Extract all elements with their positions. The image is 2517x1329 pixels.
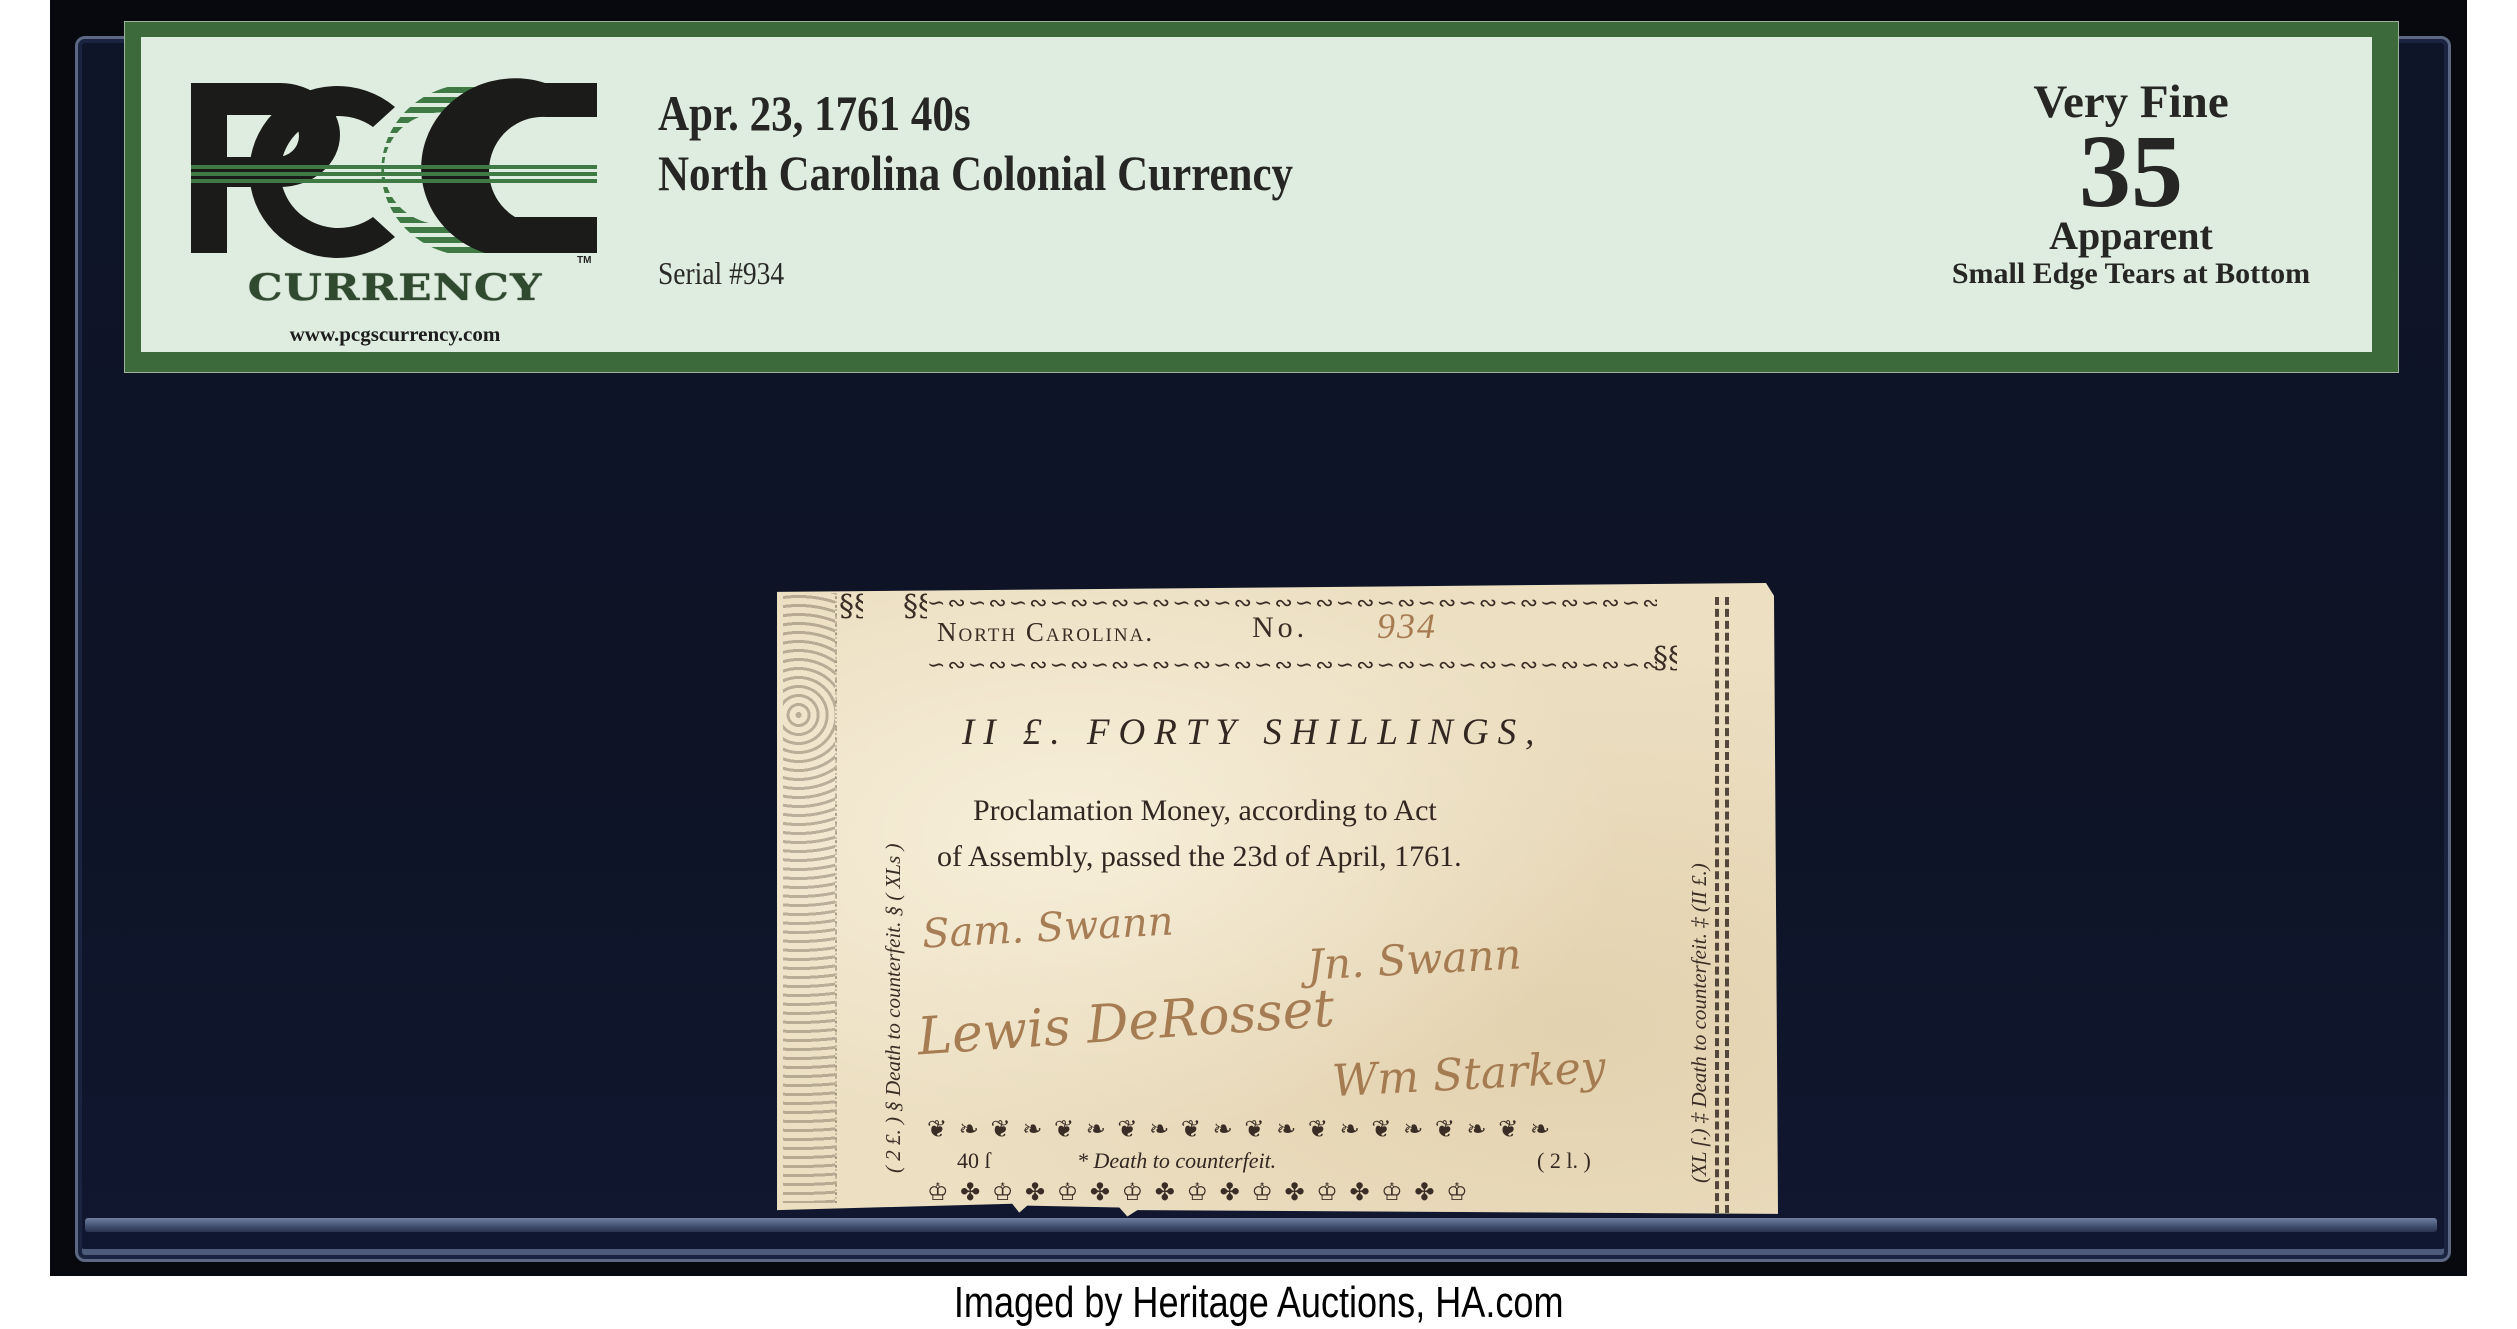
label-title-date: Apr. 23, 1761 40s xyxy=(658,85,971,141)
note-body: Proclamation Money, according to Act of … xyxy=(937,788,1657,880)
note-paper: §§§§§§§§§§§§§§§§§§§§ §§§§§§§§§§§§§§§§§§§… xyxy=(777,583,1778,1219)
section-mark-column: §§§§§§§§§§§§§§§§§§§§ xyxy=(903,591,927,1191)
side-text-left: ( 2 £. ) § Death to counterfeit. § ( XLs… xyxy=(881,843,906,1173)
note-body-line1: Proclamation Money, according to Act xyxy=(937,788,1657,834)
note-denomination: II £. FORTY SHILLINGS, xyxy=(962,711,1543,754)
pcgs-logo-icon xyxy=(185,77,605,267)
signature: Lewis DeRosset xyxy=(915,979,1336,1068)
footer-warning: * Death to counterfeit. xyxy=(1077,1148,1276,1174)
grade-qualifier: Apparent xyxy=(1931,215,2331,257)
signature: Wm Starkey xyxy=(1331,1042,1607,1107)
grade-comment: Small Edge Tears at Bottom xyxy=(1931,257,2331,291)
side-text-right: (XL ſ.) ‡ Death to counterfeit. ‡ (II £.… xyxy=(1687,863,1712,1183)
grade-number: 35 xyxy=(1931,129,2331,215)
footer-value-pounds: ( 2 l. ) xyxy=(1537,1148,1591,1174)
note-serial-handwritten: 934 xyxy=(1377,605,1437,647)
label-serial: Serial #934 xyxy=(658,255,784,292)
label-title: Apr. 23, 1761 40s North Carolina Colonia… xyxy=(658,83,1293,203)
signature: Sam. Swann xyxy=(921,898,1175,957)
note-number-prefix: No. xyxy=(1252,611,1308,645)
right-double-rule xyxy=(1715,597,1729,1213)
image-credit-text: Imaged by Heritage Auctions, HA.com xyxy=(954,1278,1564,1328)
bottom-ornament-row: ❦ ❧ ❦ ❧ ❦ ❧ ❦ ❧ ❦ ❧ ❦ ❧ ❦ ❧ ❦ ❧ ❦ ❧ ❦ ❧ xyxy=(927,1115,1657,1143)
header-ornament-row: ∽∾∽∾∽∾∽∾∽∾∽∾∽∾∽∾∽∾∽∾∽∾∽∾∽∾∽∾∽∾∽∾∽∾∽∾ xyxy=(927,653,1657,678)
label-title-issue: North Carolina Colonial Currency xyxy=(658,143,1293,203)
footer-value-shillings: 40 ſ xyxy=(957,1148,991,1174)
crown-ornament-row: ♔ ✤ ♔ ✤ ♔ ✤ ♔ ✤ ♔ ✤ ♔ ✤ ♔ ✤ ♔ ✤ ♔ xyxy=(927,1178,1657,1206)
left-ornament-border xyxy=(783,593,837,1203)
grade-block: Very Fine 35 Apparent Small Edge Tears a… xyxy=(1931,75,2331,291)
label-panel: TM CURRENCY www.pcgscurrency.com Apr. 23… xyxy=(141,37,2372,352)
banknote: §§§§§§§§§§§§§§§§§§§§ §§§§§§§§§§§§§§§§§§§… xyxy=(777,583,1778,1219)
note-header: North Carolina. xyxy=(937,617,1154,648)
logo-url: www.pcgscurrency.com xyxy=(185,322,605,347)
holder-edge xyxy=(85,1218,2437,1232)
logo-currency-text: CURRENCY xyxy=(185,267,605,309)
trademark-mark: TM xyxy=(577,255,591,266)
note-body-line2: of Assembly, passed the 23d of April, 17… xyxy=(937,840,1462,873)
signature: Jn. Swann xyxy=(1306,929,1523,989)
section-mark-column: §§§§§§§§§§§§§§§§§§§§ xyxy=(839,591,863,1211)
image-credit: Imaged by Heritage Auctions, HA.com xyxy=(0,1278,2517,1328)
pcgs-currency-logo: TM CURRENCY www.pcgscurrency.com xyxy=(185,77,605,367)
grading-label: TM CURRENCY www.pcgscurrency.com Apr. 23… xyxy=(125,22,2398,372)
